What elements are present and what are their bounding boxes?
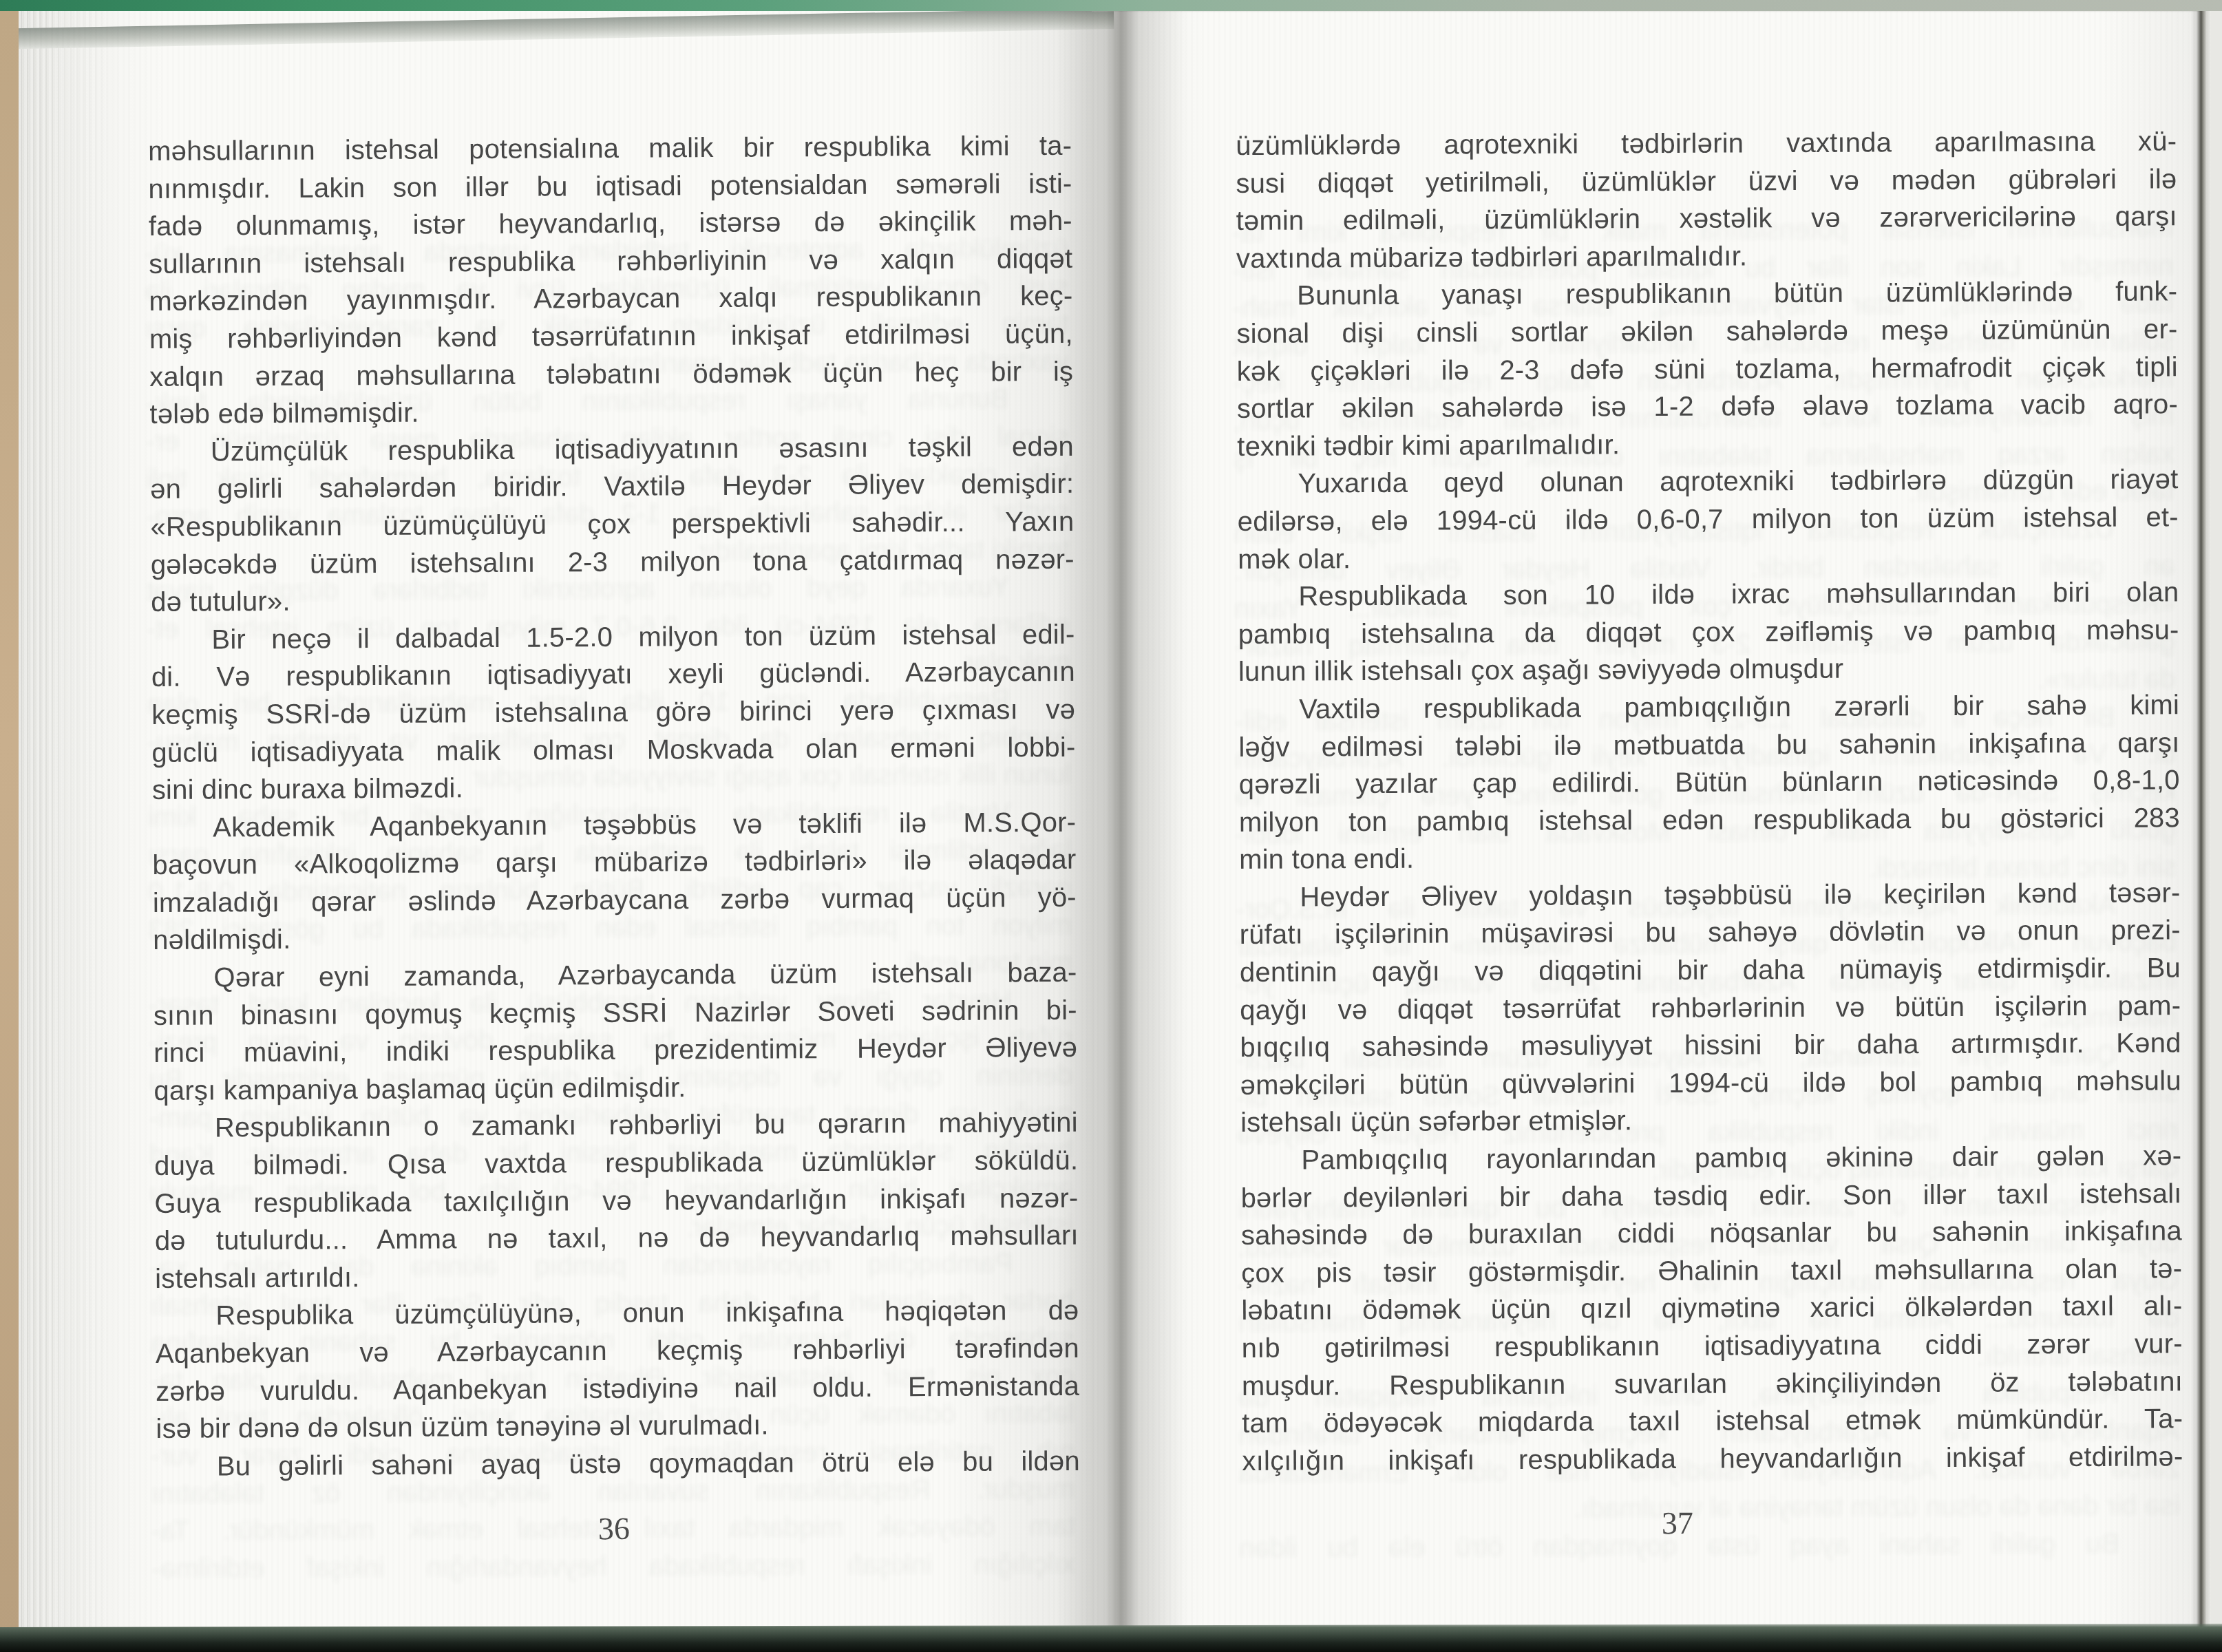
text-line: də tutulur». xyxy=(151,578,1075,622)
text-line: Respublikada son 10 ildə ixrac məhsullar… xyxy=(1238,573,2179,615)
paragraph: Respublikanın o zamankı rəhbərliyi bu qə… xyxy=(154,1104,1079,1298)
right-page: məhsullarının istehsal potensialına mali… xyxy=(1094,6,2211,1630)
right-page-number: 37 xyxy=(1636,1505,1719,1542)
text-line: qarşı kampaniya başlamaq üçün edilmişdir… xyxy=(154,1067,1077,1110)
paragraph: Vaxtilə respublikada pambıqçılığın zərər… xyxy=(1238,686,2180,879)
text-line: xılçılığın inkişafı respublikada heyvand… xyxy=(151,1545,1075,1588)
text-line: sahəsində də buraxılan ciddi nöqsanlar b… xyxy=(1241,1213,2182,1255)
text-line: üzümlüklərdə aqrotexniki tədbirlərin vax… xyxy=(1236,123,2177,165)
paragraph: Respublika üzümçülüyünə, onun inkişafına… xyxy=(155,1292,1079,1448)
text-line: Qərar eyni zamanda, Azərbaycanda üzüm is… xyxy=(153,954,1077,997)
left-page-text: məhsullarının istehsal potensialına mali… xyxy=(148,127,1080,1486)
text-line: tam ödəyəcək miqdarda taxıl istehsal etm… xyxy=(1242,1400,2183,1442)
binding-gutter-shadow xyxy=(1056,6,1187,1630)
text-line: bıqçılıq sahəsində məsuliyyət hissini bi… xyxy=(1240,1025,2181,1067)
text-line: məhsullarının istehsal potensialına mali… xyxy=(148,127,1072,171)
paragraph: Bir neçə il dalbadal 1.5-2.0 milyon ton … xyxy=(151,616,1076,809)
book-pages: üzümlüklərdə aqrotexniki tədbirlərin vax… xyxy=(18,6,2211,1630)
text-line: zərbə vuruldu. Aqanbekyan istədiyinə nai… xyxy=(156,1367,1079,1410)
text-line: Akademik Aqanbekyanın təşəbbüs və təklif… xyxy=(152,803,1076,847)
text-line: Aqanbekyan və Azərbaycanın keçmiş rəhbər… xyxy=(156,1330,1079,1373)
text-line: miş rəhbərliyindən kənd təsərrüfatının i… xyxy=(149,315,1073,359)
paragraph: Bununla yanaşı respublikanın bütün üzüml… xyxy=(1236,273,2178,466)
left-page-number: 36 xyxy=(573,1510,655,1547)
text-line: bərlər deyilənləri bir daha təsdiq edir.… xyxy=(1240,1175,2181,1217)
text-line: tələb edə bilməmişdir. xyxy=(149,390,1073,434)
text-line: əməkçiləri bütün qüvvələrini 1994-cü ild… xyxy=(1240,1062,2181,1104)
text-line: Heydər Əliyev yoldaşın təşəbbüsü ilə keç… xyxy=(1239,874,2180,916)
text-line: istehsalı üçün səfərbər etmişlər. xyxy=(1240,1100,2181,1142)
text-line: ləbatını ödəmək üçün qızıl qiymətinə xar… xyxy=(1241,1288,2182,1330)
text-line: qayğı və diqqət təsərrüfat rəhbərlərinin… xyxy=(1240,987,2181,1029)
text-line: Bununla yanaşı respublikanın bütün üzüml… xyxy=(1236,273,2177,315)
left-page: üzümlüklərdə aqrotexniki tədbirlərin vax… xyxy=(18,6,1094,1630)
book-cover-top-edge xyxy=(0,0,2222,11)
text-line: təmin edilməli, üzümlüklərin xəstəlik və… xyxy=(1236,198,2177,240)
text-line: Guya respublikada taxılçılığın və heyvan… xyxy=(154,1179,1078,1222)
text-line: rinci müavini, indiki respublika prezide… xyxy=(154,1029,1077,1072)
paragraph: Pambıqçılıq rayonlarından pambıq əkininə… xyxy=(1240,1137,2183,1480)
text-line: xılçılığın inkişafı respublikada heyvand… xyxy=(1242,1438,2183,1480)
text-line: fadə olunmamış, istər heyvandarlıq, istə… xyxy=(149,202,1072,246)
paragraph: Üzümçülük respublika iqtisadiyyatının əs… xyxy=(150,428,1075,622)
paragraph: Qərar eyni zamanda, Azərbaycanda üzüm is… xyxy=(153,954,1077,1110)
text-line: sortlar əkilən sahələrdə isə 1-2 dəfə əl… xyxy=(1237,385,2178,427)
text-line: Üzümçülük respublika iqtisadiyyatının əs… xyxy=(150,428,1074,472)
text-line: Respublikanın o zamankı rəhbərliyi bu qə… xyxy=(154,1104,1078,1147)
text-line: sini dinc buraxa bilməzdi. xyxy=(152,766,1076,809)
text-line: vaxtında mübarizə tədbirləri aparılmalıd… xyxy=(1236,235,2177,277)
text-line: duya bilmədi. Qısa vaxtda respublikada ü… xyxy=(154,1142,1078,1185)
paragraph: Respublikada son 10 ildə ixrac məhsullar… xyxy=(1238,573,2179,690)
text-line: muşdur. Respublikanın suvarılan əkinçili… xyxy=(1242,1363,2183,1405)
text-line: min tona endi. xyxy=(1239,837,2180,879)
text-line: texniki tədbir kimi aparılmalıdır. xyxy=(1237,423,2178,465)
text-line: sional dişi cinsli sortlar əkilən sahələ… xyxy=(1236,310,2177,352)
text-line: çox pis təsir göstərmişdir. Əhalinin tax… xyxy=(1241,1250,2182,1292)
text-line: xalqın ərzaq məhsullarına tələbatını ödə… xyxy=(149,352,1073,396)
book-cover-left-edge xyxy=(0,8,19,1641)
text-line: Bu gəlirli sahəni ayaq üstə qoymaqdan öt… xyxy=(156,1443,1080,1486)
right-page-text: üzümlüklərdə aqrotexniki tədbirlərin vax… xyxy=(1236,123,2183,1480)
text-line: istehsalı artırıldı. xyxy=(155,1255,1079,1298)
text-line: nıb gətirilməsi respublikanın iqtisadiyy… xyxy=(1242,1325,2183,1367)
text-line: pambıq istehsalına da diqqət çox zəifləm… xyxy=(1238,611,2179,653)
text-line: di. Və respublikanın iqtisadiyyatı xeyli… xyxy=(151,653,1075,697)
text-line: keçmiş SSRİ-də üzüm istehsalına görə bir… xyxy=(151,691,1075,734)
paragraph: üzümlüklərdə aqrotexniki tədbirlərin vax… xyxy=(1236,123,2177,277)
paragraph: Akademik Aqanbekyanın təşəbbüs və təklif… xyxy=(152,803,1077,960)
text-line: Vaxtilə respublikada pambıqçılığın zərər… xyxy=(1238,686,2179,728)
text-line: sının binasını qoymuş keçmiş SSRİ Nazirl… xyxy=(154,991,1077,1035)
text-line: milyon ton pambıq istehsal edən respubli… xyxy=(1239,799,2180,841)
page-right-edge xyxy=(2190,6,2211,1630)
text-line: də tutulurdu... Amma nə taxıl, nə də hey… xyxy=(155,1217,1079,1260)
paragraph: Bu gəlirli sahəni ayaq üstə qoymaqdan öt… xyxy=(156,1443,1080,1486)
text-line: mək olar. xyxy=(1238,536,2179,578)
text-line: lunun illik istehsalı çox aşağı səviyyəd… xyxy=(1238,649,2179,691)
paragraph: Yuxarıda qeyd olunan aqrotexniki tədbirl… xyxy=(1237,461,2179,578)
text-line: Yuxarıda qeyd olunan aqrotexniki tədbirl… xyxy=(1237,461,2178,503)
text-line: gələcəkdə üzüm istehsalını 2-3 milyon to… xyxy=(151,540,1075,584)
text-line: «Respublikanın üzümüçülüyü çox perspekti… xyxy=(150,503,1074,547)
text-line: qərəzli yazılar çap edilirdi. Bütün bünl… xyxy=(1239,761,2180,803)
paragraph: Heydər Əliyev yoldaşın təşəbbüsü ilə keç… xyxy=(1239,874,2181,1142)
text-line: nəldilmişdi. xyxy=(153,916,1077,960)
text-line: imzaladığı qərar əslində Azərbaycana zər… xyxy=(153,879,1077,922)
text-line: mərkəzindən yayınmışdır. Azərbaycan xalq… xyxy=(149,277,1072,321)
text-line: isə bir dənə də olsun üzüm tənəyinə əl v… xyxy=(156,1405,1079,1448)
text-line: nınmışdır. Lakin son illər bu iqtisadi p… xyxy=(148,165,1072,208)
scanned-book-spread: üzümlüklərdə aqrotexniki tədbirlərin vax… xyxy=(0,0,2222,1652)
text-line: Respublika üzümçülüyünə, onun inkişafına… xyxy=(155,1292,1079,1335)
paragraph: məhsullarının istehsal potensialına mali… xyxy=(148,127,1074,434)
text-line: rüfatı işçilərinin müşavirəsi bu sahəyə … xyxy=(1240,912,2181,954)
text-line: dentinin qayğı və diqqətini bir daha nüm… xyxy=(1240,949,2181,991)
text-line: kək çiçəkləri ilə 2-3 dəfə süni tozlama,… xyxy=(1237,348,2178,390)
text-line: Bir neçə il dalbadal 1.5-2.0 milyon ton … xyxy=(151,616,1075,659)
text-line: güclü iqtisadiyyata malik olması Moskvad… xyxy=(151,728,1075,772)
text-line: ən gəlirli sahələrdən biridir. Vaxtilə H… xyxy=(150,465,1074,509)
text-line: Pambıqçılıq rayonlarından pambıq əkininə… xyxy=(1240,1137,2181,1179)
text-line: susi diqqət yetirilməli, üzümlüklər üzvi… xyxy=(1236,160,2177,202)
text-line: edilərsə, elə 1994-cü ildə 0,6-0,7 milyo… xyxy=(1238,498,2179,540)
text-line: baçovun «Alkoqolizmə qarşı mübarizə tədb… xyxy=(152,841,1076,885)
text-line: ləğv edilməsi tələbi ilə mətbuatda bu sa… xyxy=(1238,724,2179,766)
text-line: sullarının istehsalı respublika rəhbərli… xyxy=(149,240,1072,284)
